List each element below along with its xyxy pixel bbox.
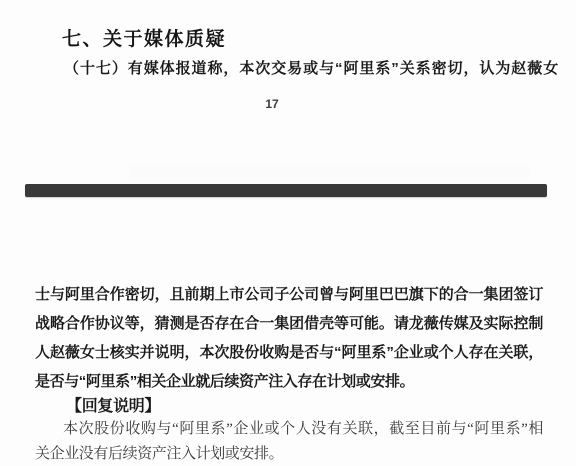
question-paragraph: 士与阿里合作密切，且前期上市公司子公司曾与阿里巴巴旗下的合一集团签订 战略合作协… <box>35 280 543 396</box>
page-divider-bar <box>25 184 547 197</box>
inquiry-intro-line: （十七）有媒体报道称，本次交易或与“阿里系”关系密切，认为赵薇女 <box>64 58 558 80</box>
scan-artifact <box>130 165 530 179</box>
section-heading: 七、关于媒体质疑 <box>62 24 226 51</box>
reply-line: 关企业没有后续资产注入计划或安排。 <box>35 442 543 466</box>
reply-line: 本次股份收购与“阿里系”企业或个人没有关联，截至目前与“阿里系”相 <box>35 417 543 442</box>
reply-heading: 【回复说明】 <box>66 393 160 416</box>
question-line: 士与阿里合作密切，且前期上市公司子公司曾与阿里巴巴旗下的合一集团签订 <box>35 280 543 309</box>
page-number: 17 <box>240 97 304 111</box>
document-screenshot: 七、关于媒体质疑 （十七）有媒体报道称，本次交易或与“阿里系”关系密切，认为赵薇… <box>0 0 576 466</box>
question-line: 是否与“阿里系”相关企业就后续资产注入存在计划或安排。 <box>35 367 543 396</box>
question-line: 战略合作协议等，猜测是否存在合一集团借壳等可能。请龙薇传媒及实际控制 <box>35 309 543 338</box>
reply-paragraph: 本次股份收购与“阿里系”企业或个人没有关联，截至目前与“阿里系”相 关企业没有后… <box>35 417 543 466</box>
question-line: 人赵薇女士核实并说明，本次股份收购是否与“阿里系”企业或个人存在关联， <box>35 338 543 367</box>
